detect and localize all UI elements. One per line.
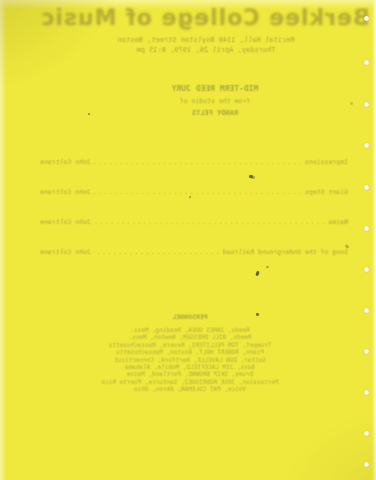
ink-speck	[255, 271, 259, 277]
personnel-line: Bass, JIM LACEFIELD, Mobile, Alabama	[4, 364, 376, 371]
personnel-line: Guitar, DON LAVELLE, Hartford, Connectic…	[4, 357, 376, 364]
ink-speck	[350, 102, 353, 105]
punch-hole	[364, 226, 369, 231]
recital-subheading-bleed: from the studio of	[54, 97, 376, 105]
venue-line-bleed: Recital Hall, 1140 Boylston Street, Bost…	[36, 36, 376, 44]
ink-speck	[249, 175, 253, 178]
piece-credit: John Coltrane	[40, 188, 91, 196]
piece-credit: John Coltrane	[40, 218, 91, 226]
punch-hole	[364, 308, 369, 313]
dotted-leader: ........................................…	[94, 188, 302, 196]
punch-hole	[364, 431, 369, 436]
personnel-heading-bleed: PERSONNEL	[4, 313, 376, 321]
scanned-page: Berklee College of Music Recital Hall, 1…	[0, 0, 376, 480]
punch-hole	[364, 267, 369, 272]
punch-hole	[364, 185, 369, 190]
punch-hole	[364, 462, 369, 467]
piece-credit: John Coltrane	[40, 158, 91, 166]
personnel-line: Piano, ROBERT HOLT, Boston, Massachusett…	[4, 349, 376, 356]
punch-hole	[364, 16, 369, 21]
program-line: Song of the Underground Railroad .......…	[40, 248, 348, 257]
bleed-through-layer: Berklee College of Music Recital Hall, 1…	[0, 0, 376, 480]
personnel-line: Percussion, JOSE RODRIGUEZ, Santurce, Pu…	[4, 379, 376, 386]
piece-title: Impressions	[305, 158, 348, 166]
dotted-leader: ........................................…	[94, 248, 220, 256]
program-line: Naima ..................................…	[40, 218, 348, 227]
punch-hole	[364, 349, 369, 354]
program-line: Impressions ............................…	[40, 158, 348, 167]
piece-credit: John Coltrane	[40, 248, 91, 256]
piece-title: Song of the Underground Railroad	[223, 248, 348, 256]
personnel-line: Voice, PAT COLEMAN, Akron, Ohio	[4, 386, 376, 393]
personnel-line: Reeds, BILL DRESSER, Newton, Mass.	[4, 334, 376, 341]
dotted-leader: ........................................…	[94, 218, 326, 226]
ink-speck	[189, 196, 191, 198]
ink-speck	[256, 313, 259, 316]
punch-hole	[364, 143, 369, 148]
performer-name-bleed: RANDY FELTS	[54, 109, 376, 117]
dotted-leader: ........................................…	[94, 158, 302, 166]
personnel-line: Drums, SKIP BROWNE, Portland, Maine	[4, 371, 376, 378]
ink-speck	[345, 244, 350, 249]
piece-title: Naima	[328, 218, 348, 226]
punch-hole	[364, 390, 369, 395]
ink-speck	[88, 113, 90, 115]
datetime-line-bleed: Thursday, April 26, 1979, 8:15 pm	[36, 46, 376, 54]
ink-speck	[266, 265, 270, 268]
personnel-line: Reeds, JAMES ODEA, Reading, Mass.	[4, 327, 376, 334]
college-title-bleed: Berklee College of Music	[34, 6, 376, 31]
recital-heading-bleed: MID-TERM REED JURY	[54, 84, 376, 93]
punch-hole	[364, 102, 369, 107]
program-line: Giant Steps ............................…	[40, 188, 348, 197]
piece-title: Giant Steps	[305, 188, 348, 196]
personnel-list-bleed: Reeds, JAMES ODEA, Reading, Mass. Reeds,…	[4, 327, 376, 394]
personnel-line: Trumpet, TOM PELLITERI, Revere, Massachu…	[4, 342, 376, 349]
punch-hole	[364, 60, 369, 65]
